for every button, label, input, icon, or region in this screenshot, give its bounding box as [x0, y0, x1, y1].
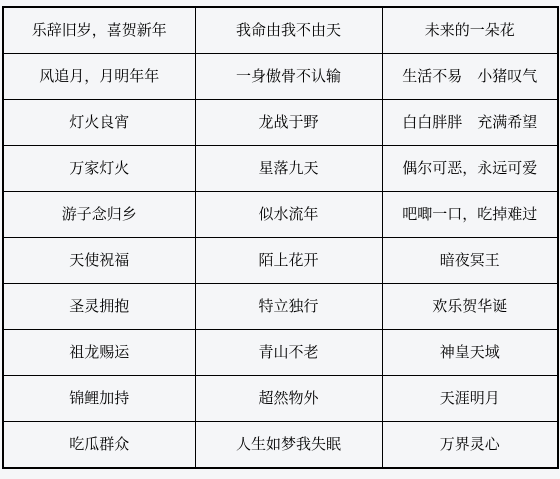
- table-cell: 吧唧一口，吃掉难过: [382, 192, 558, 238]
- table-row: 游子念归乡 似水流年 吧唧一口，吃掉难过: [3, 192, 558, 238]
- table-row: 乐辞旧岁，喜贺新年 我命由我不由天 未来的一朵花: [3, 7, 558, 54]
- table-cell: 灯火良宵: [3, 100, 195, 146]
- table-cell: 风追月，月明年年: [3, 54, 195, 100]
- table-cell: 圣灵拥抱: [3, 284, 195, 330]
- table-cell: 游子念归乡: [3, 192, 195, 238]
- table-cell: 青山不老: [195, 330, 382, 376]
- table-cell: 龙战于野: [195, 100, 382, 146]
- table-cell: 白白胖胖 充满希望: [382, 100, 558, 146]
- table-cell: 乐辞旧岁，喜贺新年: [3, 7, 195, 54]
- table-row: 万家灯火 星落九天 偶尔可恶，永远可爱: [3, 146, 558, 192]
- table-cell: 陌上花开: [195, 238, 382, 284]
- table-cell: 特立独行: [195, 284, 382, 330]
- phrase-table: 乐辞旧岁，喜贺新年 我命由我不由天 未来的一朵花 风追月，月明年年 一身傲骨不认…: [2, 6, 559, 469]
- table-row: 天使祝福 陌上花开 暗夜冥王: [3, 238, 558, 284]
- table-cell: 祖龙赐运: [3, 330, 195, 376]
- table-cell: 人生如梦我失眠: [195, 422, 382, 469]
- table-cell: 超然物外: [195, 376, 382, 422]
- table-row: 圣灵拥抱 特立独行 欢乐贺华诞: [3, 284, 558, 330]
- table-cell: 万家灯火: [3, 146, 195, 192]
- table-cell: 偶尔可恶，永远可爱: [382, 146, 558, 192]
- table-row: 吃瓜群众 人生如梦我失眠 万界灵心: [3, 422, 558, 469]
- page-background: 乐辞旧岁，喜贺新年 我命由我不由天 未来的一朵花 风追月，月明年年 一身傲骨不认…: [0, 0, 560, 479]
- table-cell: 天涯明月: [382, 376, 558, 422]
- table-cell: 万界灵心: [382, 422, 558, 469]
- table-cell: 天使祝福: [3, 238, 195, 284]
- table-row: 风追月，月明年年 一身傲骨不认输 生活不易 小猪叹气: [3, 54, 558, 100]
- table-cell: 欢乐贺华诞: [382, 284, 558, 330]
- table-cell: 我命由我不由天: [195, 7, 382, 54]
- table-cell: 锦鲤加持: [3, 376, 195, 422]
- table-cell: 似水流年: [195, 192, 382, 238]
- table-cell: 一身傲骨不认输: [195, 54, 382, 100]
- table-row: 祖龙赐运 青山不老 神皇天域: [3, 330, 558, 376]
- table-cell: 暗夜冥王: [382, 238, 558, 284]
- table-row: 灯火良宵 龙战于野 白白胖胖 充满希望: [3, 100, 558, 146]
- table-cell: 未来的一朵花: [382, 7, 558, 54]
- table-row: 锦鲤加持 超然物外 天涯明月: [3, 376, 558, 422]
- table-cell: 星落九天: [195, 146, 382, 192]
- table-cell: 吃瓜群众: [3, 422, 195, 469]
- table-cell: 生活不易 小猪叹气: [382, 54, 558, 100]
- table-cell: 神皇天域: [382, 330, 558, 376]
